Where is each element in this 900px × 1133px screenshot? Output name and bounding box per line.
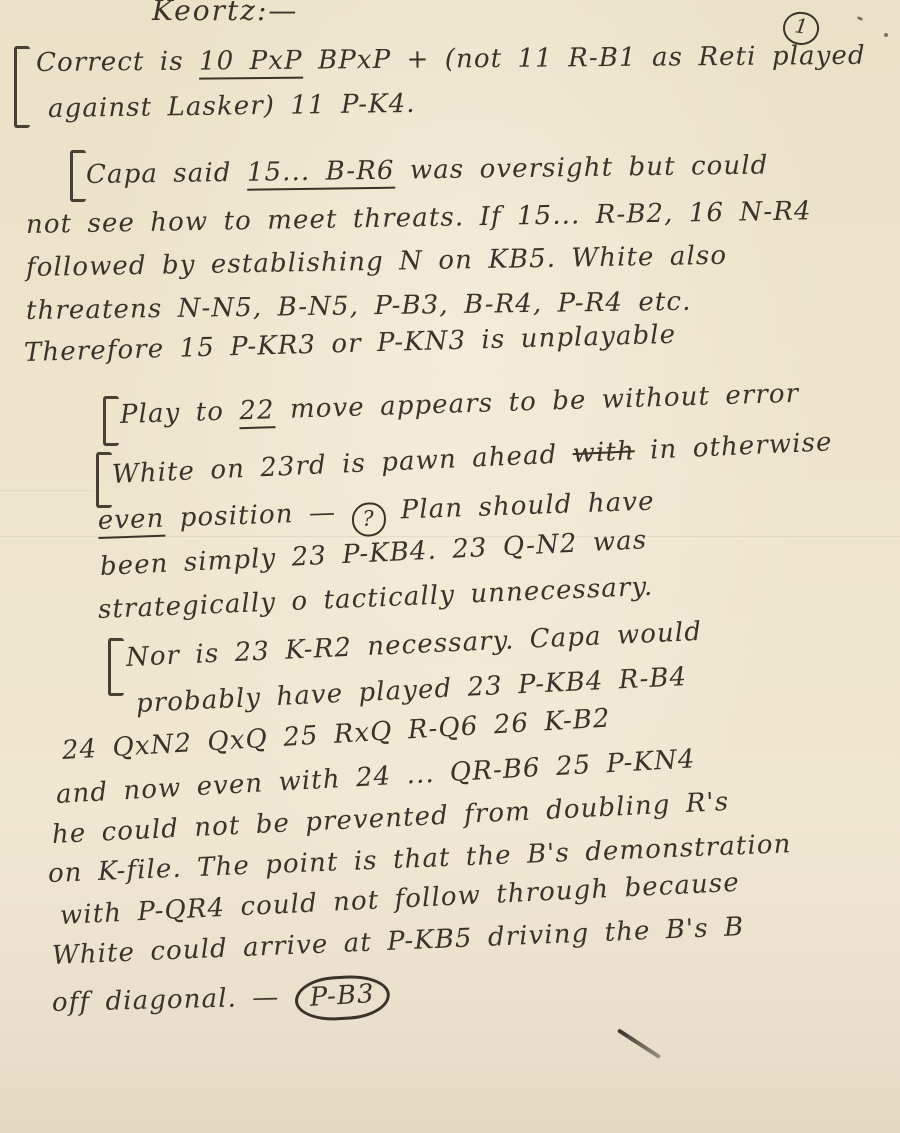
heading-text: Keortz:— [152, 0, 298, 27]
text-segment: in otherwise [634, 427, 833, 466]
margin-bracket [14, 46, 30, 128]
note-line: Therefore 15 P-KR3 or P-KN3 is unplayabl… [24, 320, 677, 368]
underlined-text: even [97, 504, 165, 539]
text-segment: Capa said [86, 158, 247, 190]
margin-bracket [108, 638, 124, 696]
struck-text: with [572, 436, 635, 469]
note-line: strategically o tactically unnecessary. [97, 572, 653, 625]
text-segment: Play to [120, 396, 240, 430]
text-segment: move appears to be without error [274, 379, 799, 425]
text-segment: BPxP + (not 11 R-B1 as Reti played [303, 41, 866, 76]
note-line: against Lasker) 11 P-K4. [48, 89, 416, 124]
note-line: off diagonal. — P-B3 [51, 975, 390, 1027]
text-segment: position — [164, 497, 352, 534]
text-segment: Correct is [36, 47, 199, 78]
note-line: threatens N-N5, B-N5, P-B3, B-R4, P-R4 e… [26, 287, 692, 326]
circled-move: P-B3 [294, 973, 391, 1023]
circled-question-mark: ? [351, 502, 386, 537]
handwritten-note-page: Keortz:— 1 Correct is 10 PxP BPxP + (not… [0, 0, 900, 1133]
fold-crease-edge [0, 490, 90, 493]
text-segment: Plan should have [385, 487, 655, 526]
page-heading: Keortz:— [152, 0, 298, 27]
note-line: Capa said 15... B-R6 was oversight but c… [86, 150, 769, 190]
underlined-text: 22 [239, 395, 275, 429]
underlined-text: 15... B-R6 [247, 156, 395, 191]
text-segment: was oversight but could [394, 150, 768, 185]
underlined-text: 10 PxP [199, 46, 303, 80]
margin-bracket [70, 150, 86, 202]
stray-pen-mark [617, 1028, 661, 1059]
page-number: 1 [793, 13, 809, 39]
note-line: followed by establishing N on KB5. White… [26, 241, 728, 283]
text-segment: White on 23rd is pawn ahead [111, 439, 573, 490]
note-line: Play to 22 move appears to be without er… [120, 379, 800, 430]
note-line: Correct is 10 PxP BPxP + (not 11 R-B1 as… [36, 41, 866, 78]
ink-speck [857, 16, 864, 21]
note-line: not see how to meet threats. If 15... R-… [26, 196, 812, 240]
ink-speck [884, 33, 888, 37]
text-segment: off diagonal. — [52, 982, 296, 1018]
margin-bracket [103, 396, 119, 446]
margin-bracket [96, 452, 112, 508]
note-line: White on 23rd is pawn ahead with in othe… [111, 427, 833, 490]
